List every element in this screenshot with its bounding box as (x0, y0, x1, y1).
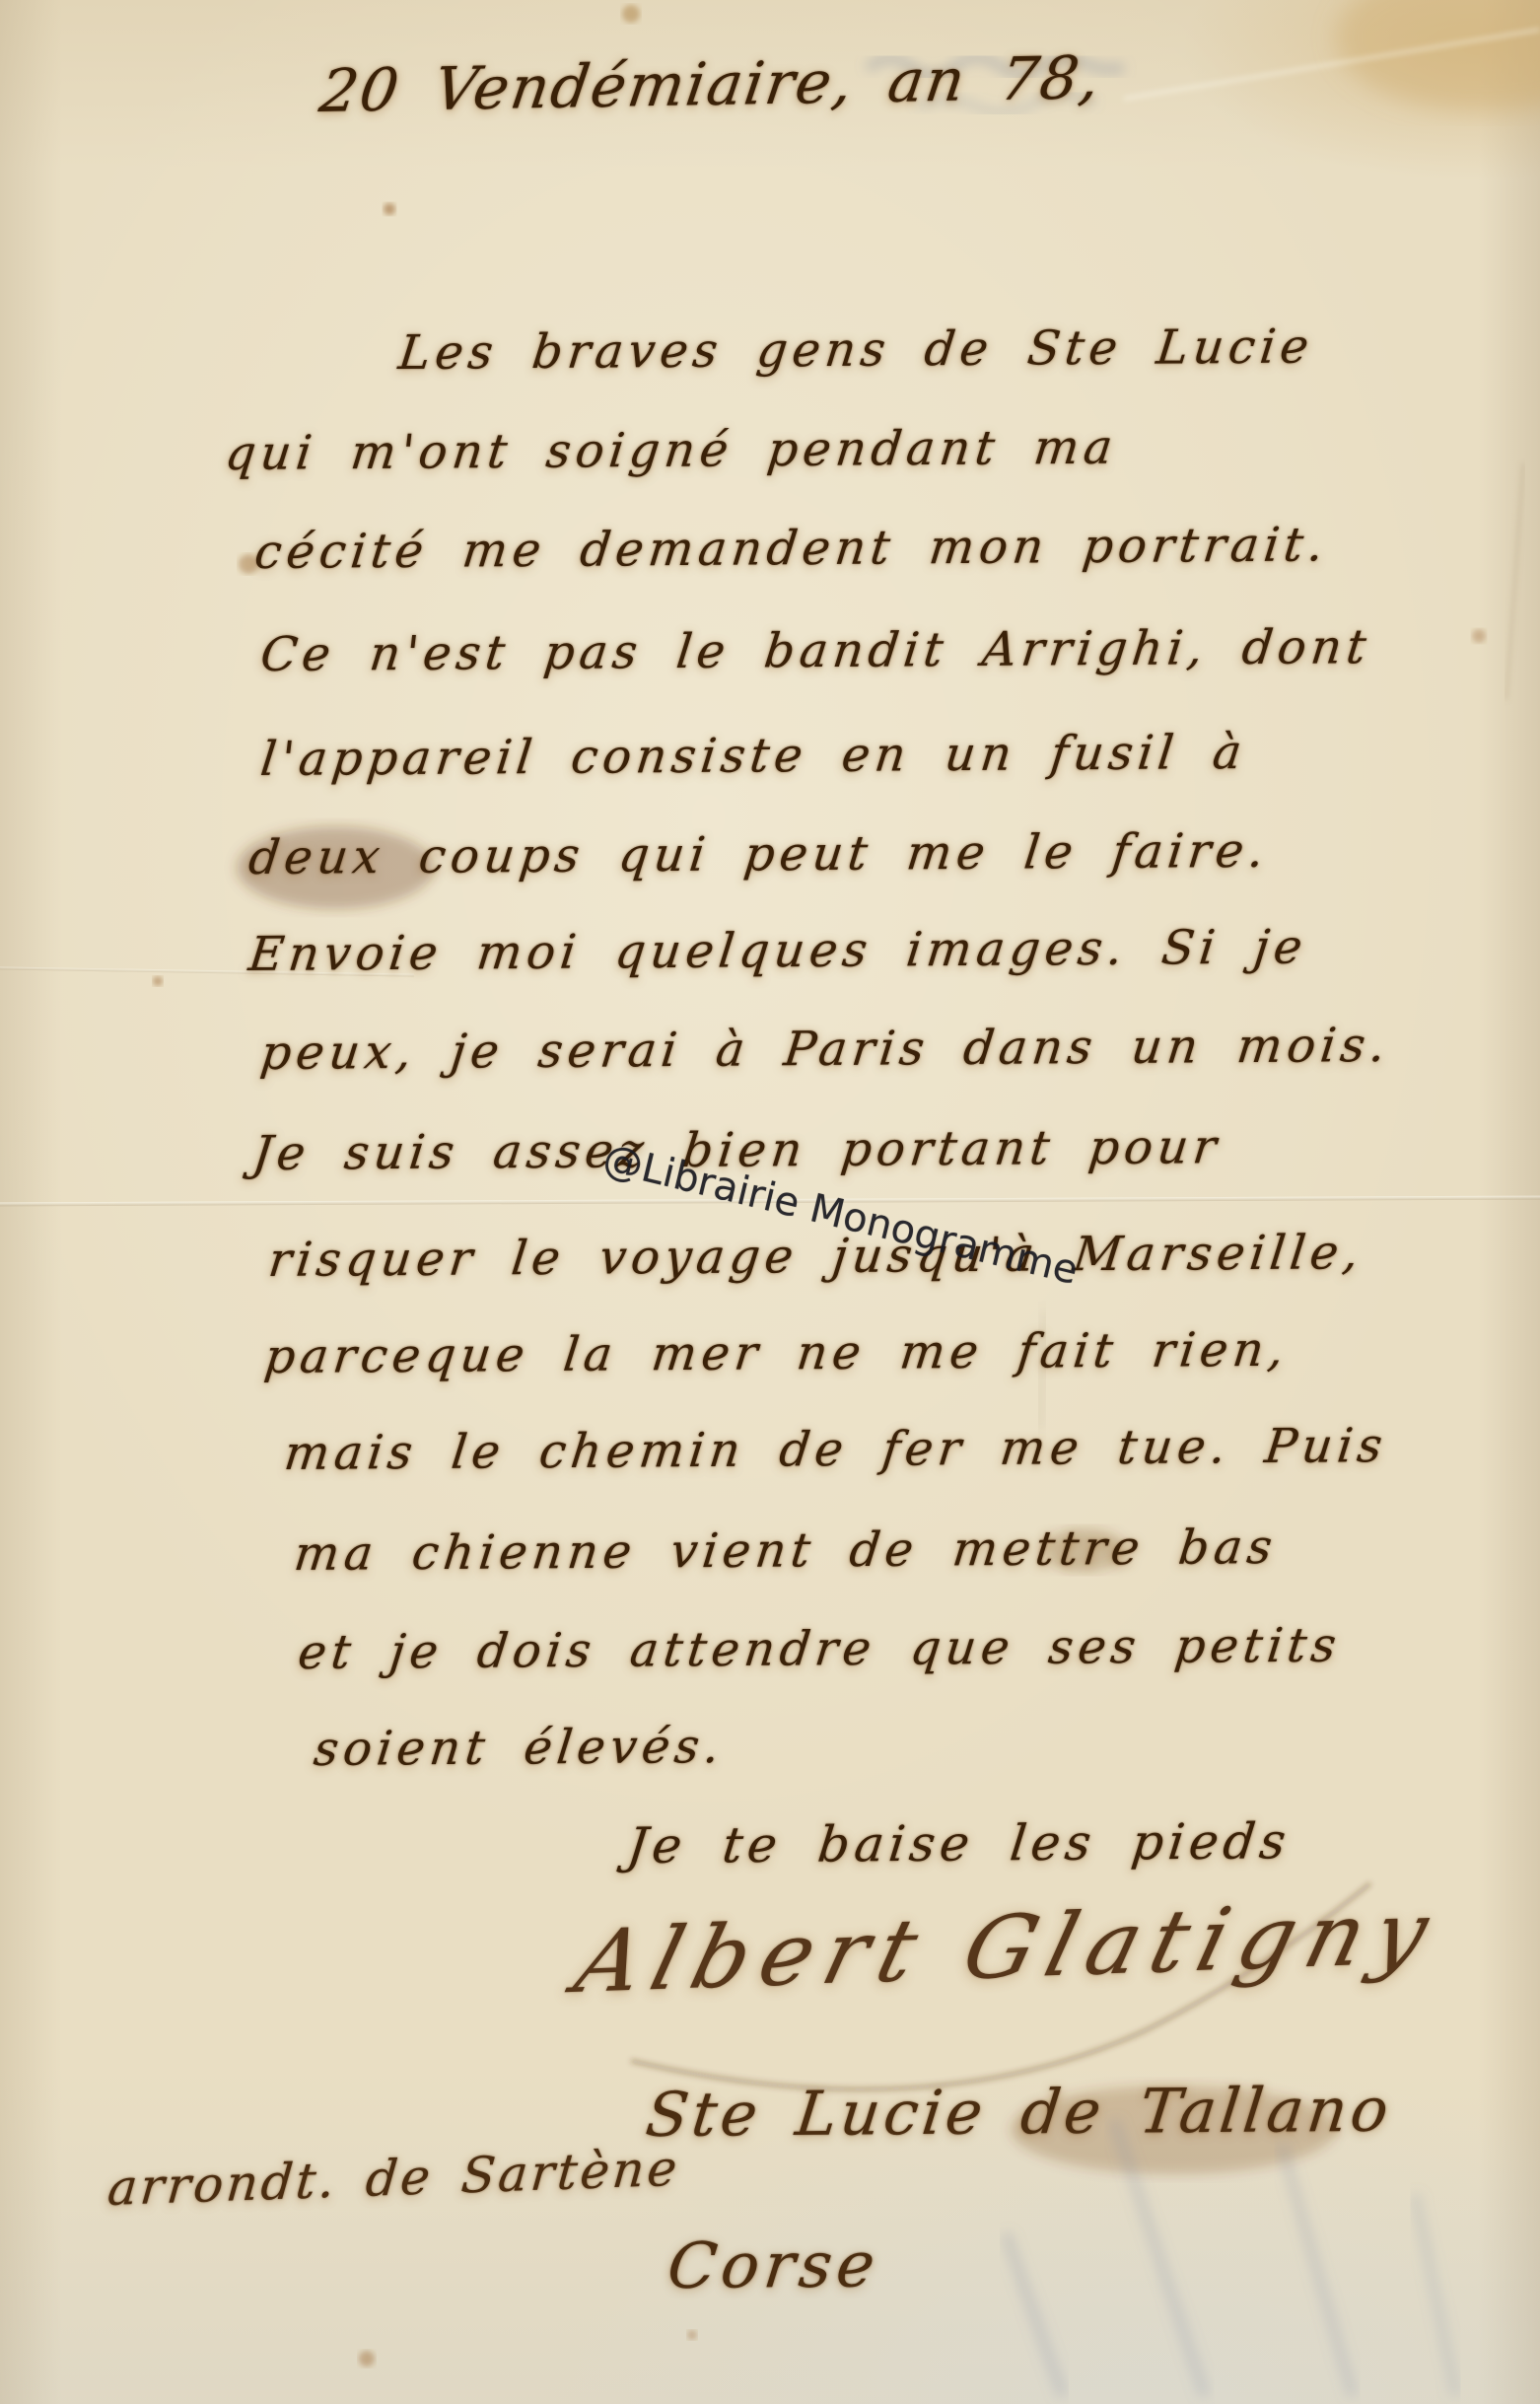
place-line: Ste Lucie de Tallano (643, 2074, 1396, 2151)
foxing-speck (687, 2330, 697, 2340)
body-line: peux, je serai à Paris dans un mois. (258, 1018, 1394, 1081)
date-line: 20 Vendémiaire, an 78, (315, 43, 1106, 126)
body-line: risquer le voyage jusqu'à Marseille, (266, 1225, 1366, 1288)
edge-crease (1506, 463, 1523, 700)
ghost-stroke-bottom (1006, 2233, 1063, 2396)
body-line: ma chienne vient de mettre bas (292, 1520, 1281, 1582)
closing-line: Je te baise les pieds (624, 1812, 1294, 1874)
letter-page: 20 Vendémiaire, an 78, Les braves gens d… (0, 0, 1540, 2404)
body-line: Les braves gens de Ste Lucie (396, 319, 1317, 381)
body-line: cécité me demandent mon portrait. (252, 517, 1332, 580)
corner-crease (1124, 30, 1540, 99)
ghost-stroke-bottom (1415, 2194, 1456, 2396)
foxing-speck (622, 5, 640, 23)
foxing-speck (384, 203, 395, 215)
body-line: parceque la mer ne me fait rien, (262, 1322, 1293, 1384)
body-line: deux coups qui peut me le faire. (246, 823, 1272, 885)
body-line: qui m'ont soigné pendant ma (223, 420, 1121, 481)
signature: Albert Glatigny (566, 1881, 1450, 2013)
body-line: mais le chemin de fer me tue. Puis (282, 1418, 1390, 1481)
corner-stain (1336, 0, 1540, 111)
foxing-speck (359, 2351, 375, 2367)
district-line: arrondt. de Sartène (105, 2140, 682, 2217)
body-line: Envoie moi quelques images. Si je (246, 920, 1310, 982)
body-line: Ce n'est pas le bandit Arrighi, dont (258, 619, 1374, 682)
body-line: l'appareil consiste en un fusil à (258, 725, 1250, 787)
ghost-stroke-bottom (1114, 2120, 1205, 2396)
foxing-speck (153, 976, 163, 986)
region-line: Corse (664, 2229, 883, 2303)
foxing-speck (1472, 629, 1486, 643)
body-line: soient élevés. (312, 1719, 728, 1777)
ghost-stroke-bottom (1282, 2145, 1353, 2396)
body-line: et je dois attendre que ses petits (296, 1618, 1345, 1680)
